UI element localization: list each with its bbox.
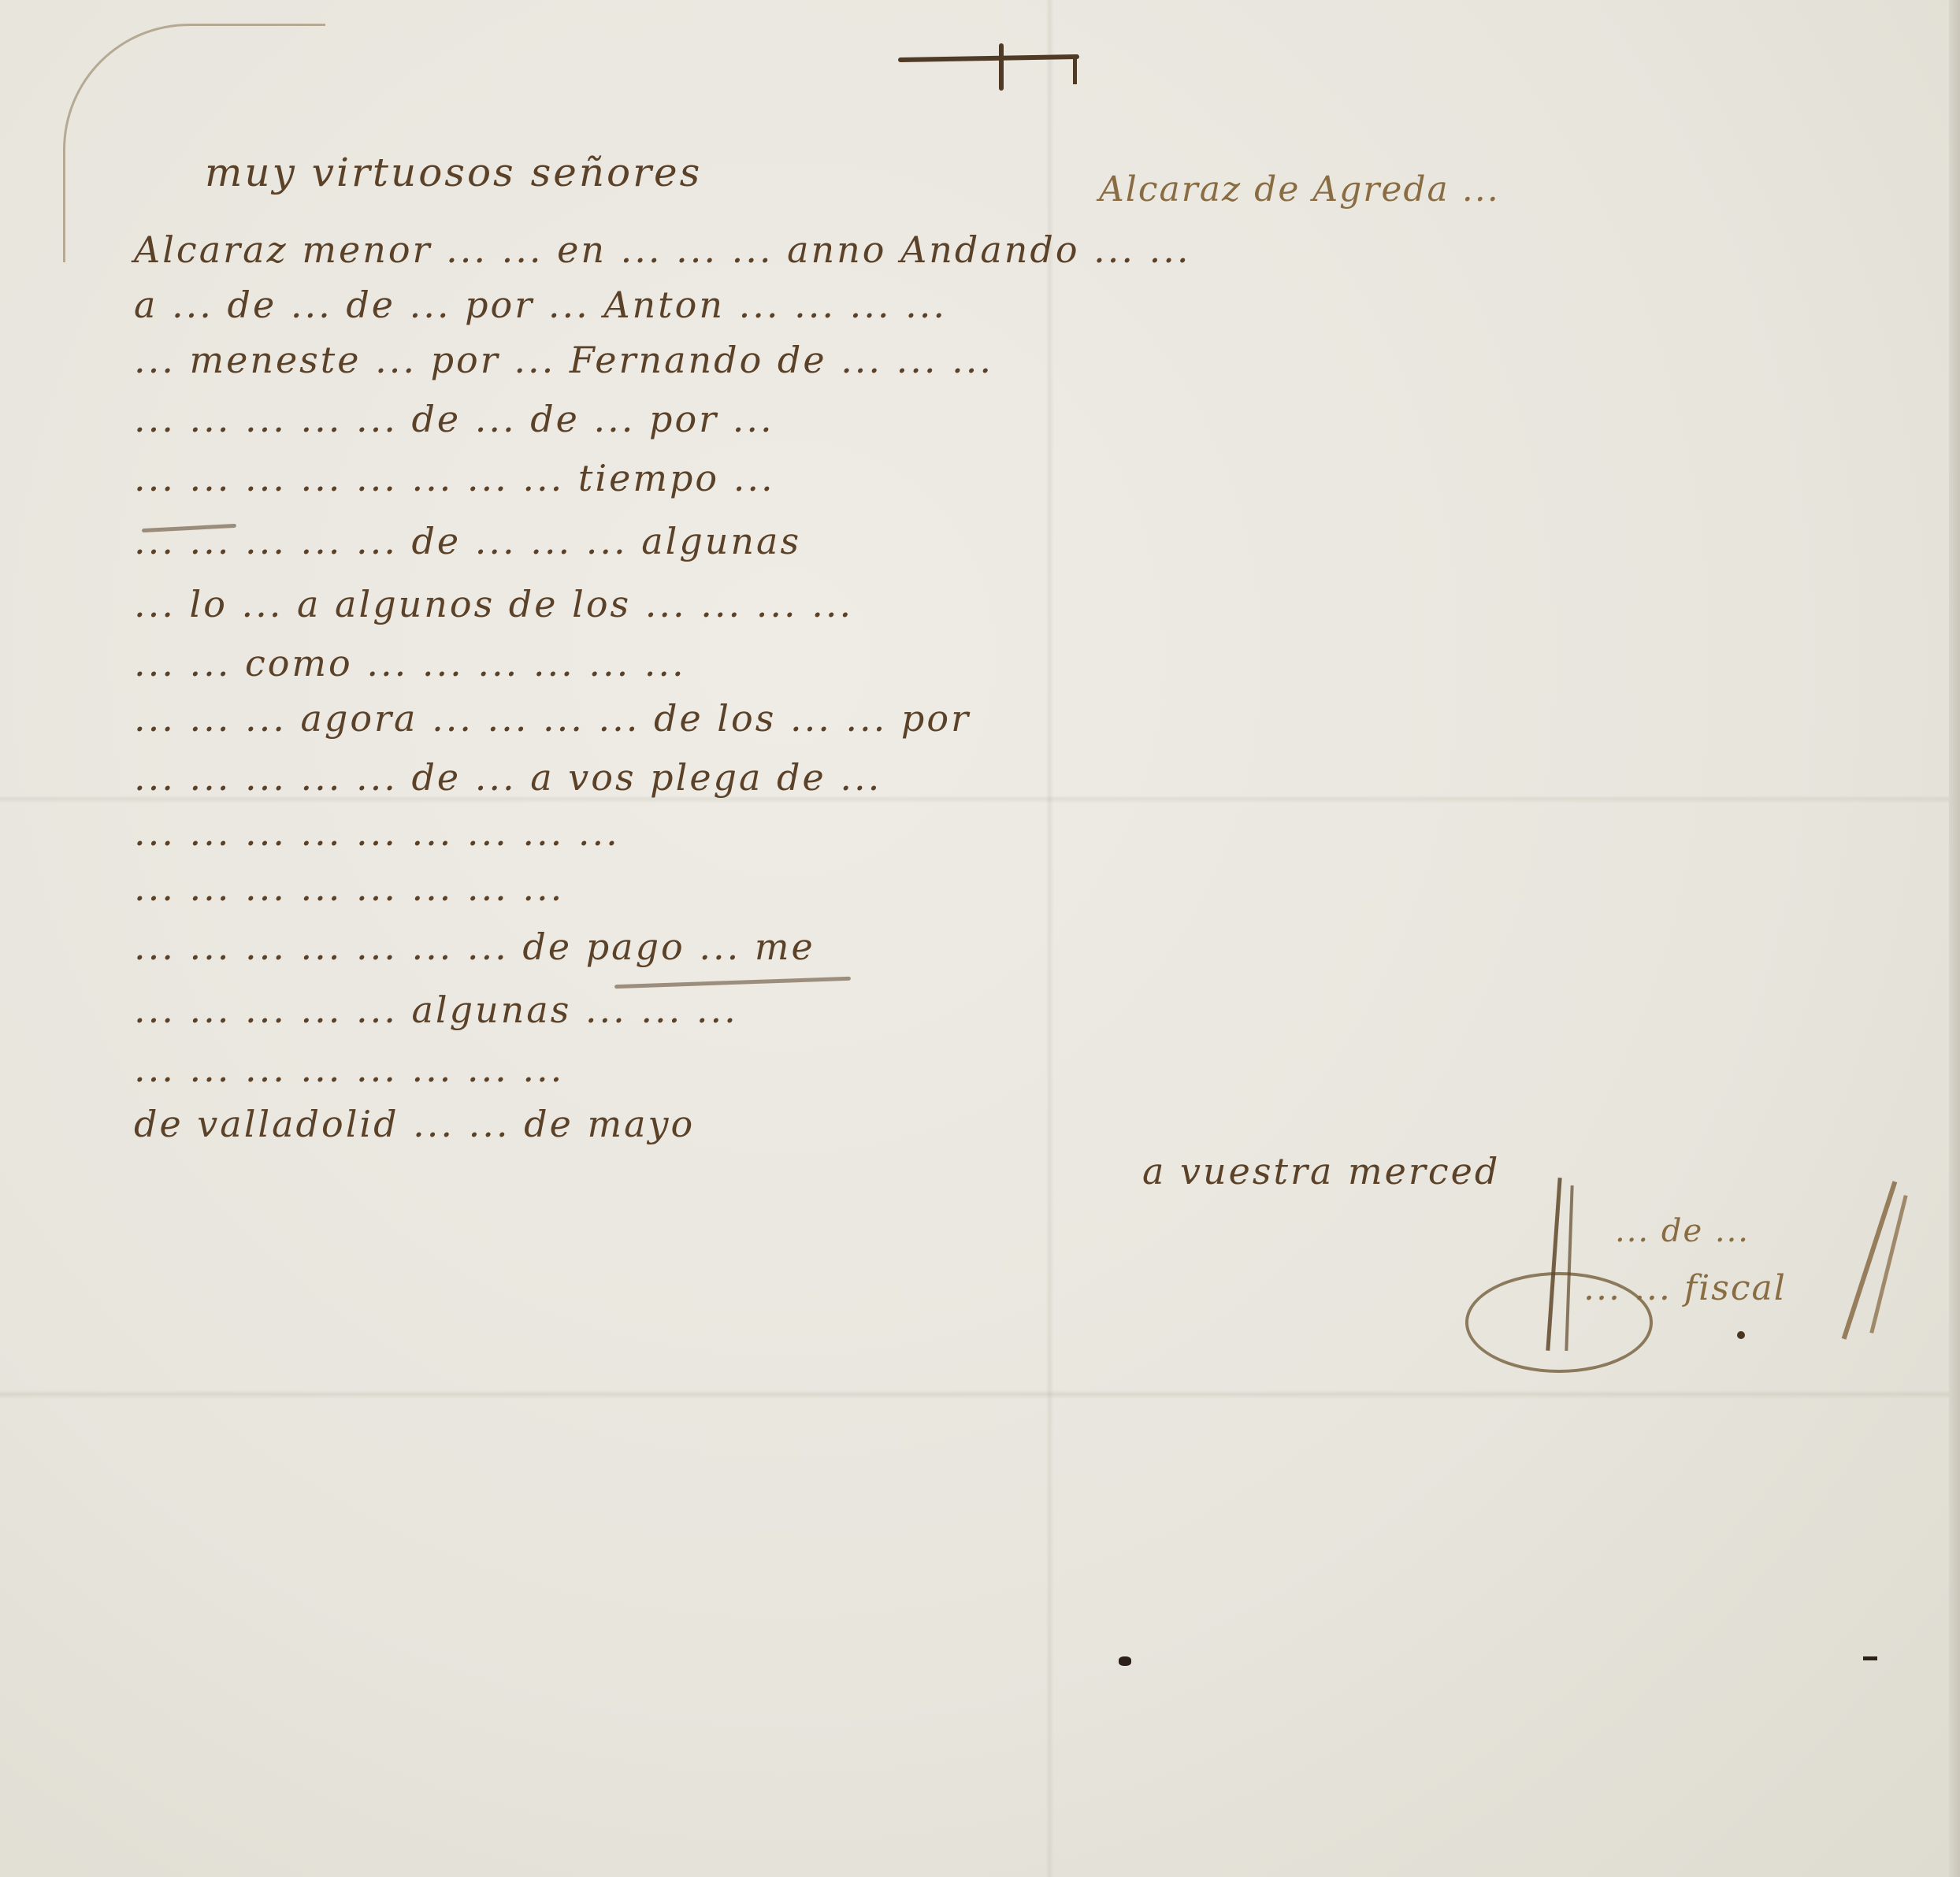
body-line: a ... de ... de ... por ... Anton ... ..… (134, 284, 1851, 326)
paper-hole (1119, 1656, 1131, 1666)
cross-stem (999, 43, 1004, 91)
body-line: ... ... ... ... ... de ... de ... por ..… (134, 398, 1851, 440)
signature: ... de ... ... ... fiscal (1465, 1178, 1906, 1367)
body-line: ... ... ... ... ... de ... ... ... algun… (134, 520, 1851, 562)
signature-line-2: ... ... fiscal (1583, 1268, 1787, 1308)
signature-line-1: ... de ... (1615, 1213, 1750, 1249)
body-line: ... ... como ... ... ... ... ... ... (134, 642, 1851, 684)
body-line: ... ... ... ... ... ... ... ... (134, 866, 1851, 909)
manuscript-page: muy virtuosos señores Alcaraz de Agreda … (0, 0, 1960, 1877)
body-line: Alcaraz menor ... ... en ... ... ... ann… (134, 228, 1851, 271)
cross-tick (1073, 57, 1077, 84)
margin-flourish (63, 24, 325, 262)
body-line: ... lo ... a algunos de los ... ... ... … (134, 583, 1851, 625)
salutation: muy virtuosos señores (205, 150, 702, 195)
paper-edge (1949, 0, 1960, 1877)
header-place: Alcaraz de Agreda ... (1099, 169, 1500, 210)
body-line: ... ... ... agora ... ... ... ... de los… (134, 697, 1851, 740)
body-line: ... ... ... ... ... algunas ... ... ... (134, 989, 1851, 1031)
invocation-cross (898, 43, 1079, 91)
body-line: de valladolid ... ... de mayo (134, 1103, 1851, 1145)
body-line: ... ... ... ... ... ... ... ... (134, 1048, 1851, 1090)
body-line: ... ... ... ... ... ... ... ... tiempo .… (134, 457, 1851, 499)
paper-nick (1863, 1656, 1877, 1660)
closing: a vuestra merced (1142, 1150, 1500, 1193)
rubric-stroke (1869, 1195, 1907, 1334)
body-line: ... ... ... ... ... de ... a vos plega d… (134, 756, 1851, 799)
cross-bar (898, 54, 1079, 62)
body-line: ... ... ... ... ... ... ... de pago ... … (134, 926, 1851, 968)
signature-dot (1737, 1331, 1745, 1339)
line-flourish (614, 977, 851, 989)
body-line: ... ... ... ... ... ... ... ... ... (134, 811, 1851, 854)
body-line: ... meneste ... por ... Fernando de ... … (134, 339, 1851, 381)
